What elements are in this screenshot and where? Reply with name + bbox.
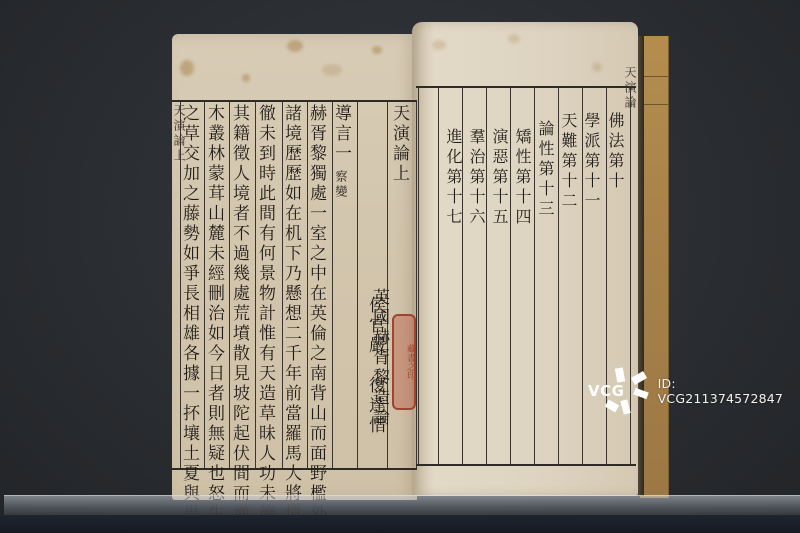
toc-entry-13: 論性第十三 xyxy=(537,120,553,220)
image-id-label: ID: VCG211374572847 xyxy=(658,376,800,406)
foxing-stain xyxy=(432,40,446,50)
toc-entry-16: 羣治第十六 xyxy=(468,128,484,228)
vcg-watermark: VCG ID: VCG211374572847 xyxy=(588,368,800,414)
foxing-stain xyxy=(508,34,520,43)
toc-entry-15: 演惡第十五 xyxy=(491,128,507,228)
vcg-logo-text: VCG xyxy=(588,382,624,400)
book-back-cover xyxy=(640,36,669,498)
chapter-subheading: 察變 xyxy=(335,170,347,200)
foxing-stain xyxy=(592,62,602,72)
chapter-heading: 導言一 xyxy=(332,104,349,164)
book-title-column: 天演論上 xyxy=(390,104,407,184)
cover-seam xyxy=(640,104,668,105)
toc-entry-14: 矯性第十四 xyxy=(514,128,530,228)
right-edge-label: 天演論 xyxy=(624,66,636,111)
vcg-logo-icon: VCG xyxy=(588,368,650,414)
body-column-1: 赫胥黎獨處一室之中在英倫之南背山而面野檻外 xyxy=(307,104,324,524)
foxing-stain xyxy=(372,46,382,54)
foxing-stain xyxy=(180,60,194,76)
body-column-2: 諸境歷歷如在机下乃懸想二千年前當羅馬大將愷 xyxy=(282,104,299,524)
acrylic-display-shelf xyxy=(4,495,800,516)
body-column-6: 之草交加之藤勢如爭長相雄各據一抔壤土夏與畏 xyxy=(180,104,197,524)
toc-entry-17: 進化第十七 xyxy=(445,128,461,228)
toc-entry-10: 佛法第十 xyxy=(607,112,623,192)
shelf-base xyxy=(0,515,800,533)
author-credit: 英國赫胥黎造論 xyxy=(370,288,387,428)
foxing-stain xyxy=(322,64,342,76)
toc-entry-11: 學派第十一 xyxy=(583,112,599,212)
foxing-stain xyxy=(242,74,250,82)
body-column-4: 其籍徵人境者不過幾處荒墳散見坡陀起伏間而灌 xyxy=(230,104,247,524)
body-column-5: 木叢林蒙茸山麓未經刪治如今日者則無疑也怒生 xyxy=(205,104,222,524)
foxing-stain xyxy=(287,40,303,52)
body-column-3: 徹未到時此間有何景物計惟有天造草昧人功未施 xyxy=(256,104,273,524)
photo-scene: 天演論上 之草交加之藤勢如爭長相雄各據一抔壤土夏與畏 木叢林蒙茸山麓未經刪治如今… xyxy=(0,0,800,533)
toc-entry-12: 天難第十二 xyxy=(560,112,576,212)
cover-seam xyxy=(640,76,668,77)
red-seal-stamp: 藏書之印 xyxy=(392,314,416,410)
